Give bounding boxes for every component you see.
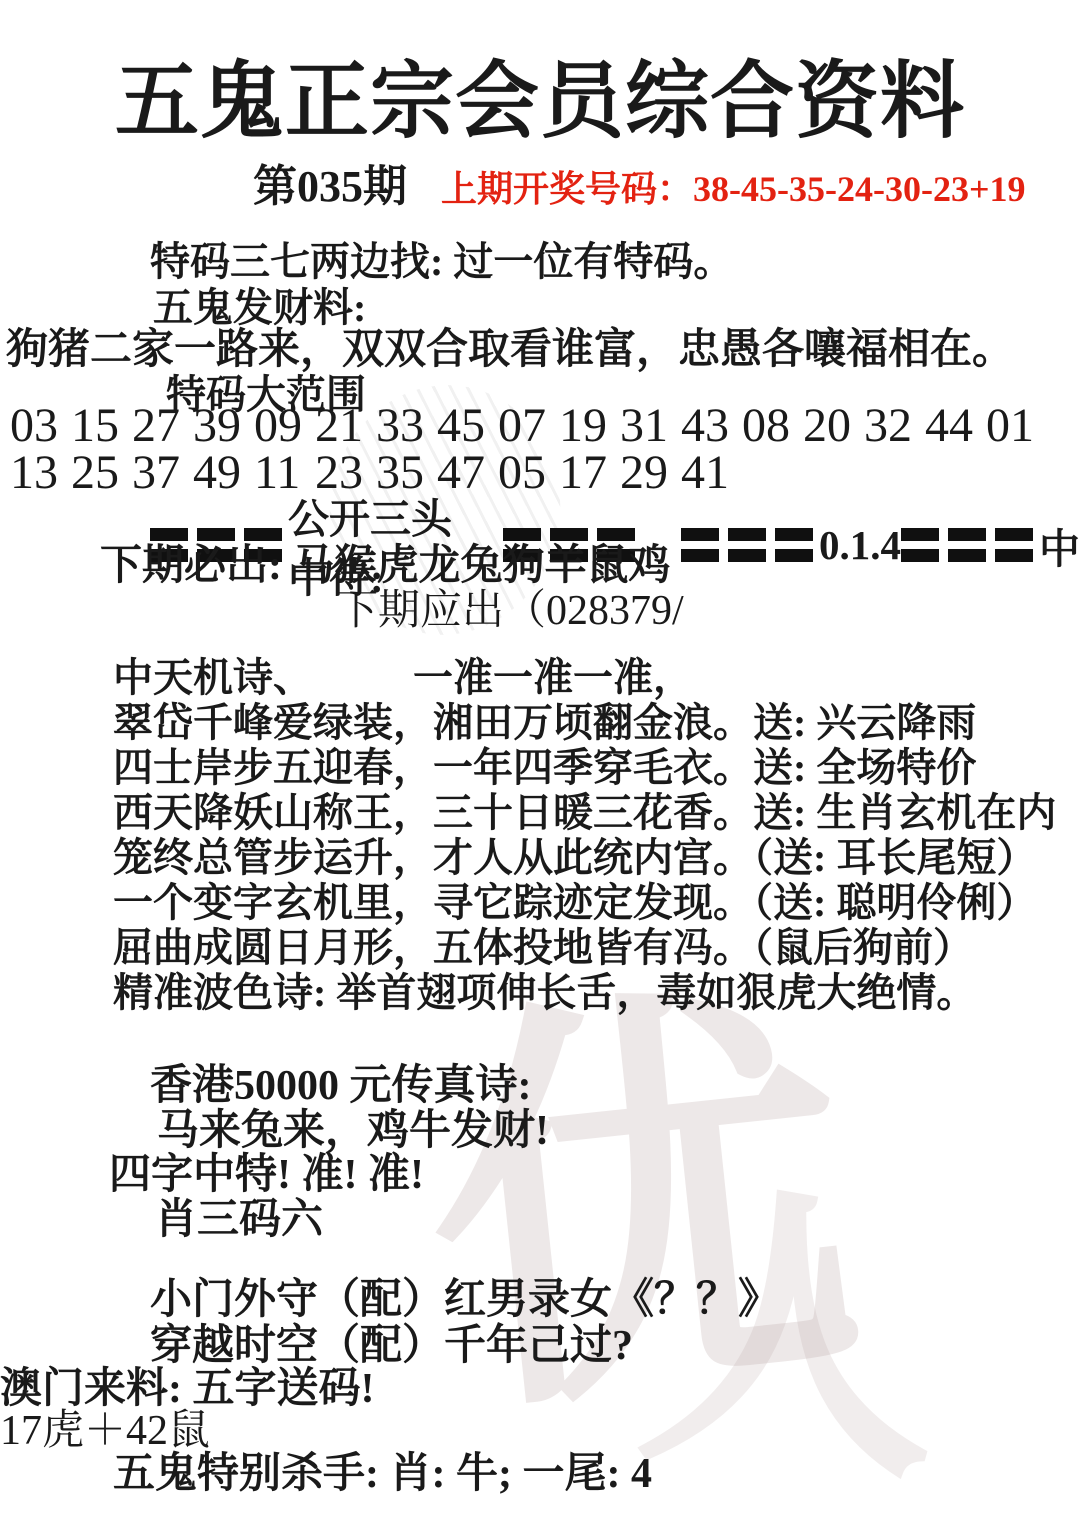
censor-block [995, 528, 1033, 562]
list-item: 西天降妖山称王，三十日暖三花香。送: 生肖玄机在内 [113, 790, 1056, 835]
page-title: 五鬼正宗会员综合资料 [0, 34, 1080, 155]
censor-block [775, 528, 813, 562]
list-item: 一个变字玄机里，寻它踪迹定发现。（送: 聪明伶俐） [113, 880, 1056, 925]
list-item: 01 [986, 398, 1047, 453]
censor-suffix: 中 [1039, 516, 1080, 575]
censor-block [681, 528, 719, 562]
issue-number: 第035期 [253, 150, 407, 214]
special-killer-line: 五鬼特别杀手: 肖: 牛; 一尾: 4 [113, 1440, 652, 1500]
list-item: 08 [742, 398, 803, 453]
list-item: 13 [10, 445, 71, 500]
list-item: 20 [803, 398, 864, 453]
list-item: 中天机诗、 一准一准一准， [113, 655, 1056, 700]
list-item: 25 [71, 445, 132, 500]
last-draw-numbers: 上期开奖号码：38-45-35-24-30-23+19 [441, 161, 1025, 212]
censor-value: 0.1.4 [819, 521, 901, 569]
censor-block-group [681, 528, 813, 562]
watermark-glyph: 人 [630, 1180, 950, 1500]
list-item: 精准波色诗: 举首翅项伸长舌，毒如狠虎大绝情。 [113, 970, 1056, 1015]
issue-row: 第035期 上期开奖号码：38-45-35-24-30-23+19 [253, 150, 1025, 214]
censor-block [728, 528, 766, 562]
censor-block-group [901, 528, 1033, 562]
list-item: 屈曲成圆日月形，五体投地皆有冯。（鼠后狗前） [113, 925, 1056, 970]
list-item: 笼终总管步运升，才人从此统内宫。（送: 耳长尾短） [113, 835, 1056, 880]
fax-poem-line: 肖三码六 [155, 1186, 323, 1246]
censor-block [901, 528, 939, 562]
tianji-poem: 中天机诗、 一准一准一准，翠岱千峰爱绿装，湘田万顷翻金浪。送: 兴云降雨四士岸步… [113, 655, 1056, 1015]
list-item: 32 [864, 398, 925, 453]
list-item: 44 [925, 398, 986, 453]
document-page: 优 人 五鬼正宗会员综合资料 第035期 上期开奖号码：38-45-35-24-… [0, 0, 1080, 1527]
list-item: 翠岱千峰爱绿装，湘田万顷翻金浪。送: 兴云降雨 [113, 700, 1056, 745]
wealth-verse: 狗猪二家一路来，双双合取看谁富，忠愚各嚷福相在。 [6, 316, 1014, 376]
censor-block [948, 528, 986, 562]
next-issue-should-out: 下期应出（028379/ [336, 577, 684, 637]
list-item: 四士岸步五迎春，一年四季穿毛衣。送: 全场特价 [113, 745, 1056, 790]
